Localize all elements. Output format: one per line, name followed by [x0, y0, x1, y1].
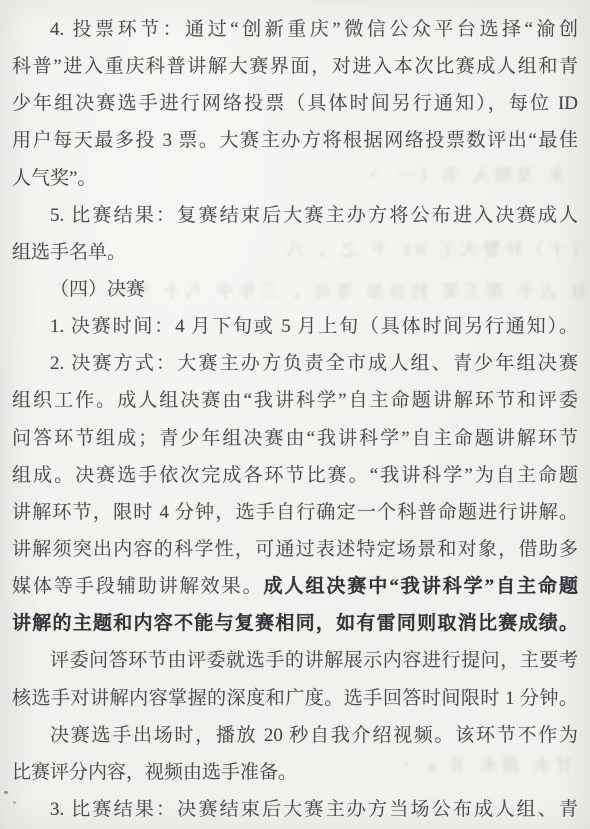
doc-line: 组选手名单。: [12, 234, 578, 271]
doc-line: 科普”进入重庆科普讲解大赛界面，对进入本次比赛成人组和青: [12, 48, 578, 85]
section-heading: （四）决赛: [12, 271, 578, 308]
document-body: 4. 投票环节：通过“创新重庆”微信公众平台选择“渝创 科普”进入重庆科普讲解大…: [0, 0, 590, 828]
doc-line: 讲解环节，限时 4 分钟，选手自行确定一个科普命题进行讲解。: [12, 494, 578, 531]
doc-line: 评委问答环节由评委就选手的讲解展示内容进行提问，主要考: [12, 642, 578, 679]
doc-line: 问答环节组成；青少年组决赛由“我讲科学”自主命题讲解环节: [12, 420, 578, 457]
bold-emphasis-line: 讲解的主题和内容不能与复赛相同，如有雷同则取消比赛成绩。: [12, 605, 578, 642]
doc-line: 组成。决赛选手依次完成各环节比赛。“我讲科学”为自主命题: [12, 457, 578, 494]
doc-line: 4. 投票环节：通过“创新重庆”微信公众平台选择“渝创: [12, 11, 578, 48]
doc-line: 5. 比赛结果：复赛结束后大赛主办方将公布进入决赛成人: [12, 197, 578, 234]
doc-line: 核选手对讲解内容掌握的深度和广度。选手回答时间限时 1 分钟。: [12, 680, 578, 717]
doc-line: 讲解须突出内容的科学性，可通过表述特定场景和对象，借助多: [12, 531, 578, 568]
doc-line: 比赛评分内容，视频由选手准备。: [12, 754, 578, 791]
bold-emphasis: 成人组决赛中“我讲科学”自主命题: [264, 576, 578, 597]
doc-line: 3. 比赛结果：决赛结束后大赛主办方当场公布成人组、青: [12, 791, 578, 828]
doc-line: 2. 决赛方式：大赛主办方负责全市成人组、青少年组决赛: [12, 345, 578, 382]
scanned-page: 来 及赔入 名（一 丶 （十）针警大王 01 下 之 、八 双 占卡 帮王某 转…: [0, 0, 590, 829]
doc-line: 媒体等手段辅助讲解效果。成人组决赛中“我讲科学”自主命题: [12, 568, 578, 605]
doc-line: 决赛选手出场时，播放 20 秒自我介绍视频。该环节不作为: [12, 717, 578, 754]
doc-line: 用户每天最多投 3 票。大赛主办方将根据网络投票数评出“最佳: [12, 122, 578, 159]
doc-line-regular-segment: 媒体等手段辅助讲解效果。: [12, 576, 264, 597]
doc-line: 组织工作。成人组决赛由“我讲科学”自主命题讲解环节和评委: [12, 382, 578, 419]
doc-line: 人气奖”。: [12, 160, 578, 197]
doc-line: 少年组决赛选手进行网络投票（具体时间另行通知），每位 ID: [12, 85, 578, 122]
doc-line: 1. 决赛时间：4 月下旬或 5 月上旬（具体时间另行通知）。: [12, 308, 578, 345]
